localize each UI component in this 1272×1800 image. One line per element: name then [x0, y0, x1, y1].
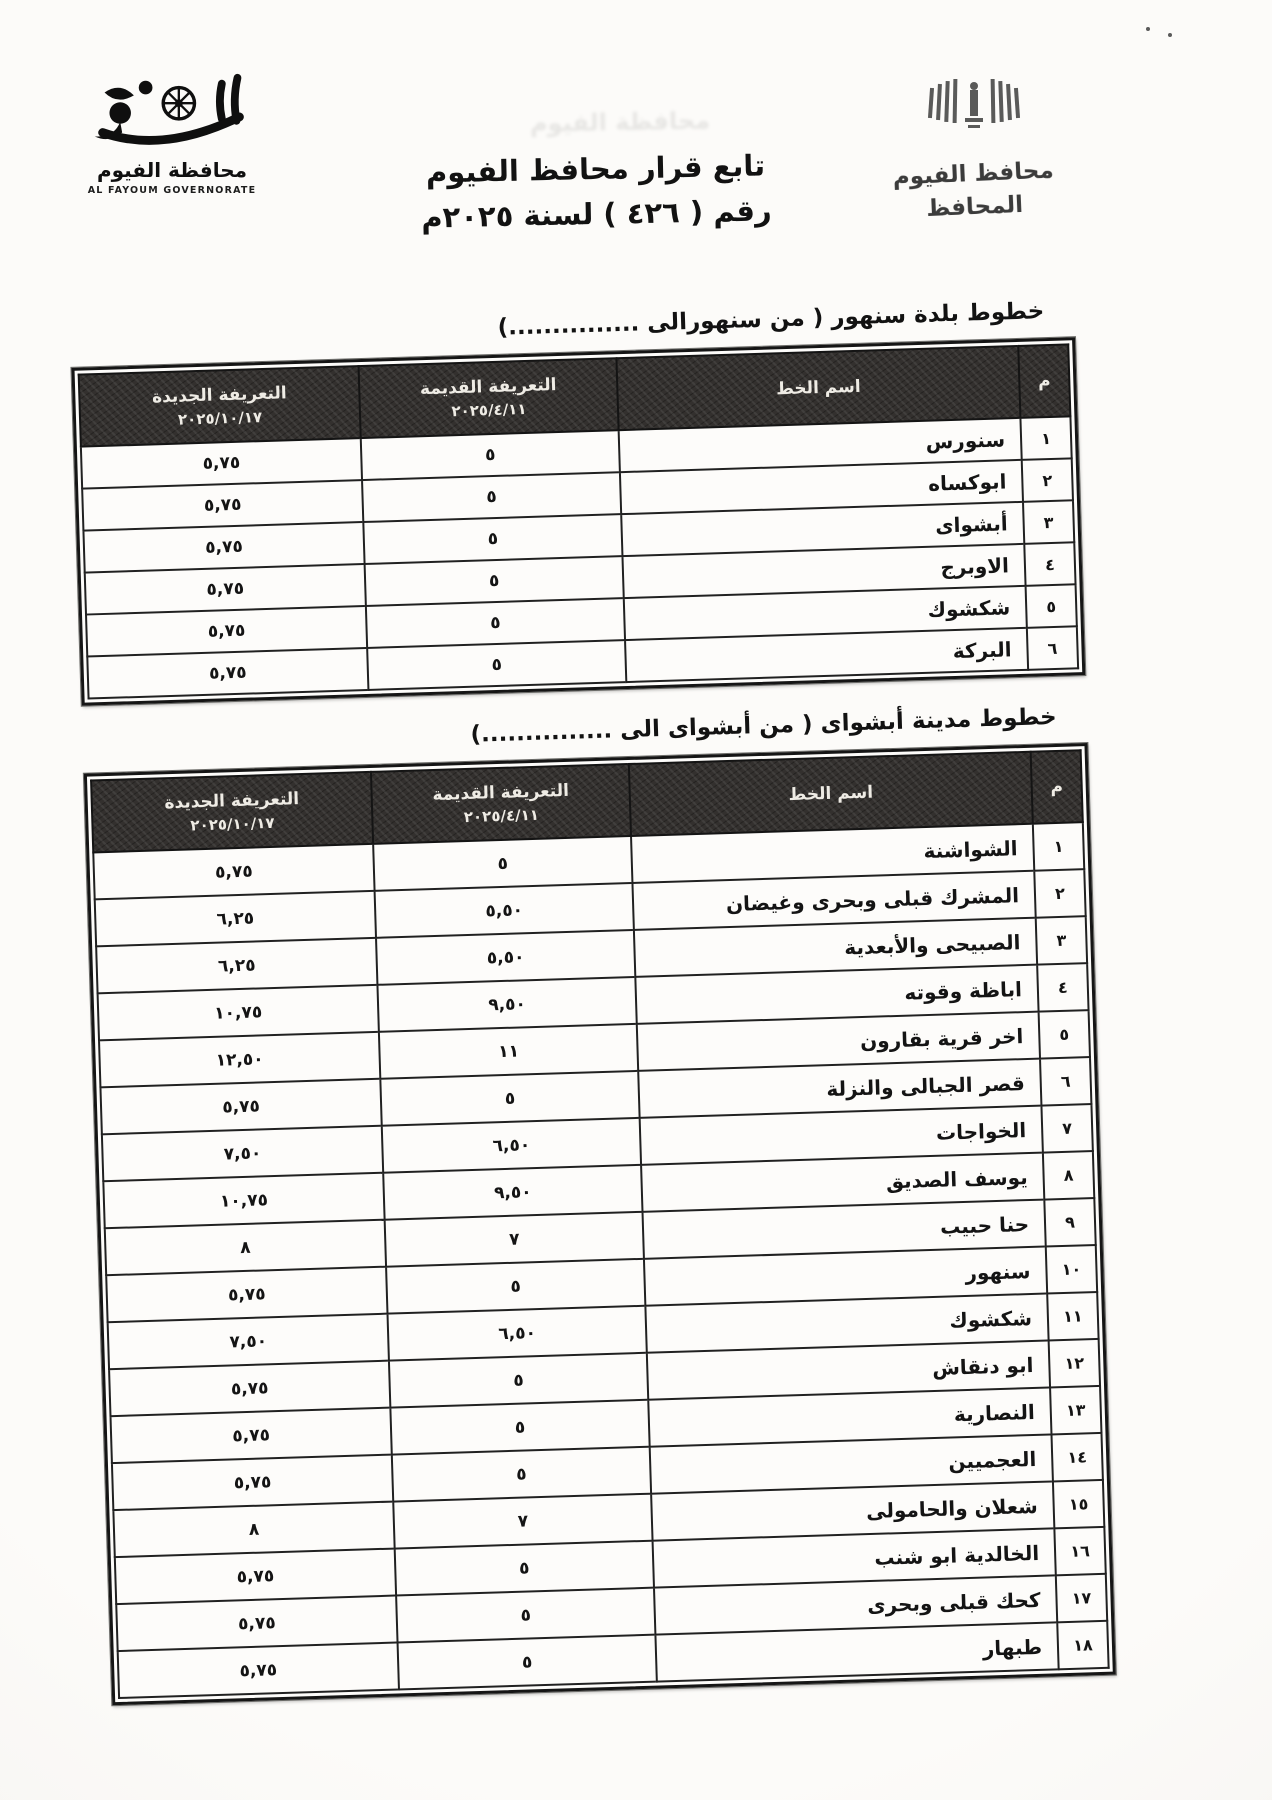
old-tariff-value: ٥,٥٠	[376, 930, 635, 985]
row-number: ١١	[1047, 1292, 1098, 1341]
old-tariff-value: ٥	[396, 1588, 655, 1643]
old-tariff-value: ٧	[385, 1212, 644, 1267]
scan-speck	[1168, 33, 1172, 37]
old-tariff-value: ٧	[393, 1494, 652, 1549]
col-header-number: م	[1018, 344, 1070, 417]
new-tariff-value: ٥,٧٥	[93, 844, 374, 900]
row-number: ٩	[1044, 1198, 1095, 1247]
row-number: ٢	[1022, 458, 1073, 502]
new-tariff-value: ٨	[113, 1502, 394, 1558]
row-number: ٥	[1026, 584, 1077, 628]
old-tariff-value: ٥	[389, 1353, 648, 1408]
row-number: ٥	[1039, 1010, 1090, 1059]
official-emblem-block: محافظ الفيوم المحافظ	[858, 72, 1090, 225]
col-header-old-tariff: التعريفة القديمة ٢٠٢٥/٤/١١	[371, 764, 631, 844]
row-number: ١٨	[1057, 1621, 1108, 1670]
row-number: ١٢	[1049, 1339, 1100, 1388]
new-tariff-value: ٥,٧٥	[100, 1079, 381, 1135]
new-tariff-value: ٥,٧٥	[110, 1408, 391, 1464]
new-tariff-value: ٨	[105, 1220, 386, 1276]
col-header-number: م	[1031, 750, 1083, 823]
old-tariff-value: ٦,٥٠	[382, 1118, 641, 1173]
row-number: ٢	[1034, 869, 1085, 918]
decision-title: تابع قرار محافظ الفيوم رقم ( ٤٢٦ ) لسنة …	[371, 147, 821, 235]
row-number: ٤	[1024, 542, 1075, 586]
new-tariff-value: ٧,٥٠	[108, 1314, 389, 1370]
col-header-line-name: اسم الخط	[616, 346, 1020, 430]
new-tariff-value: ٦,٢٥	[95, 891, 376, 947]
old-tariff-value: ٦,٥٠	[387, 1306, 646, 1361]
row-number: ١٣	[1050, 1386, 1101, 1435]
row-number: ٤	[1037, 963, 1088, 1012]
fayoum-calligraphy-icon	[88, 70, 256, 156]
new-tariff-value: ٥,٧٥	[112, 1455, 393, 1511]
old-tariff-value: ٥	[392, 1447, 651, 1502]
row-number: ١٦	[1054, 1527, 1105, 1576]
new-tariff-value: ٥,٧٥	[118, 1642, 399, 1698]
new-tariff-value: ٥,٧٥	[109, 1361, 390, 1417]
governor-stamp-text: محافظ الفيوم المحافظ	[857, 153, 1092, 230]
row-number: ١٤	[1051, 1433, 1102, 1482]
old-tariff-value: ٥	[390, 1400, 649, 1455]
row-number: ١٠	[1046, 1245, 1097, 1294]
row-number: ٣	[1036, 916, 1087, 965]
new-tariff-value: ٥,٧٥	[115, 1549, 396, 1605]
row-number: ٦	[1027, 626, 1078, 670]
logo-english-label: AL FAYOUM GOVERNORATE	[74, 185, 270, 196]
row-number: ١٧	[1056, 1574, 1107, 1623]
bleed-through-text: محافظة الفيوم	[440, 105, 800, 139]
sanhour-table-frame: م اسم الخط التعريفة القديمة ٢٠٢٥/٤/١١ ال…	[71, 337, 1085, 706]
new-tariff-value: ٥,٧٥	[106, 1267, 387, 1323]
col-header-new-tariff: التعريفة الجديدة ٢٠٢٥/١٠/١٧	[79, 366, 361, 447]
new-tariff-value: ٥,٧٥	[116, 1596, 397, 1652]
fayoum-governorate-logo: محافظة الفيوم AL FAYOUM GOVERNORATE	[74, 70, 270, 196]
old-tariff-value: ٥,٥٠	[375, 883, 634, 938]
row-number: ٣	[1023, 500, 1074, 544]
old-tariff-value: ٥	[386, 1259, 645, 1314]
new-tariff-value: ٥,٧٥	[87, 648, 368, 699]
new-tariff-value: ١٠,٧٥	[98, 985, 379, 1041]
title-line-2: رقم ( ٤٢٦ ) لسنة ٢٠٢٥م	[372, 192, 821, 235]
old-tariff-value: ٩,٥٠	[377, 977, 636, 1032]
old-tariff-value: ٥	[373, 836, 632, 891]
new-tariff-value: ٧,٥٠	[102, 1126, 383, 1182]
document-body: خطوط بلدة سنهور ( من سنهورالى ..........…	[70, 297, 1116, 1733]
sanhour-tariff-table: م اسم الخط التعريفة القديمة ٢٠٢٥/٤/١١ ال…	[78, 343, 1079, 699]
old-tariff-value: ٥	[367, 640, 626, 690]
title-line-1: تابع قرار محافظ الفيوم	[371, 147, 820, 190]
old-tariff-value: ١١	[379, 1024, 638, 1079]
row-number: ٨	[1043, 1151, 1094, 1200]
old-tariff-value: ٥	[380, 1071, 639, 1126]
abshway-table-frame: م اسم الخط التعريفة القديمة ٢٠٢٥/٤/١١ ال…	[84, 743, 1116, 1705]
row-number: ١	[1033, 822, 1084, 871]
egypt-eagle-emblem-icon	[915, 72, 1033, 148]
col-header-new-tariff: التعريفة الجديدة ٢٠٢٥/١٠/١٧	[91, 772, 373, 853]
old-tariff-value: ٥	[398, 1635, 657, 1690]
abshway-tariff-table: م اسم الخط التعريفة القديمة ٢٠٢٥/٤/١١ ال…	[90, 749, 1110, 1699]
scanned-document-page: محافظة الفيوم AL FAYOUM GOVERNORATE محاف…	[0, 0, 1272, 1800]
row-number: ١٥	[1053, 1480, 1104, 1529]
old-tariff-value: ٥	[395, 1541, 654, 1596]
row-number: ٦	[1040, 1057, 1091, 1106]
new-tariff-value: ١٠,٧٥	[103, 1173, 384, 1229]
col-header-old-tariff: التعريفة القديمة ٢٠٢٥/٤/١١	[359, 358, 619, 438]
logo-arabic-label: محافظة الفيوم	[74, 158, 270, 182]
old-tariff-value: ٩,٥٠	[383, 1165, 642, 1220]
row-number: ٧	[1041, 1104, 1092, 1153]
new-tariff-value: ١٢,٥٠	[99, 1032, 380, 1088]
row-number: ١	[1020, 416, 1071, 460]
scan-speck	[1146, 27, 1150, 31]
new-tariff-value: ٦,٢٥	[96, 938, 377, 994]
col-header-line-name: اسم الخط	[629, 752, 1033, 836]
